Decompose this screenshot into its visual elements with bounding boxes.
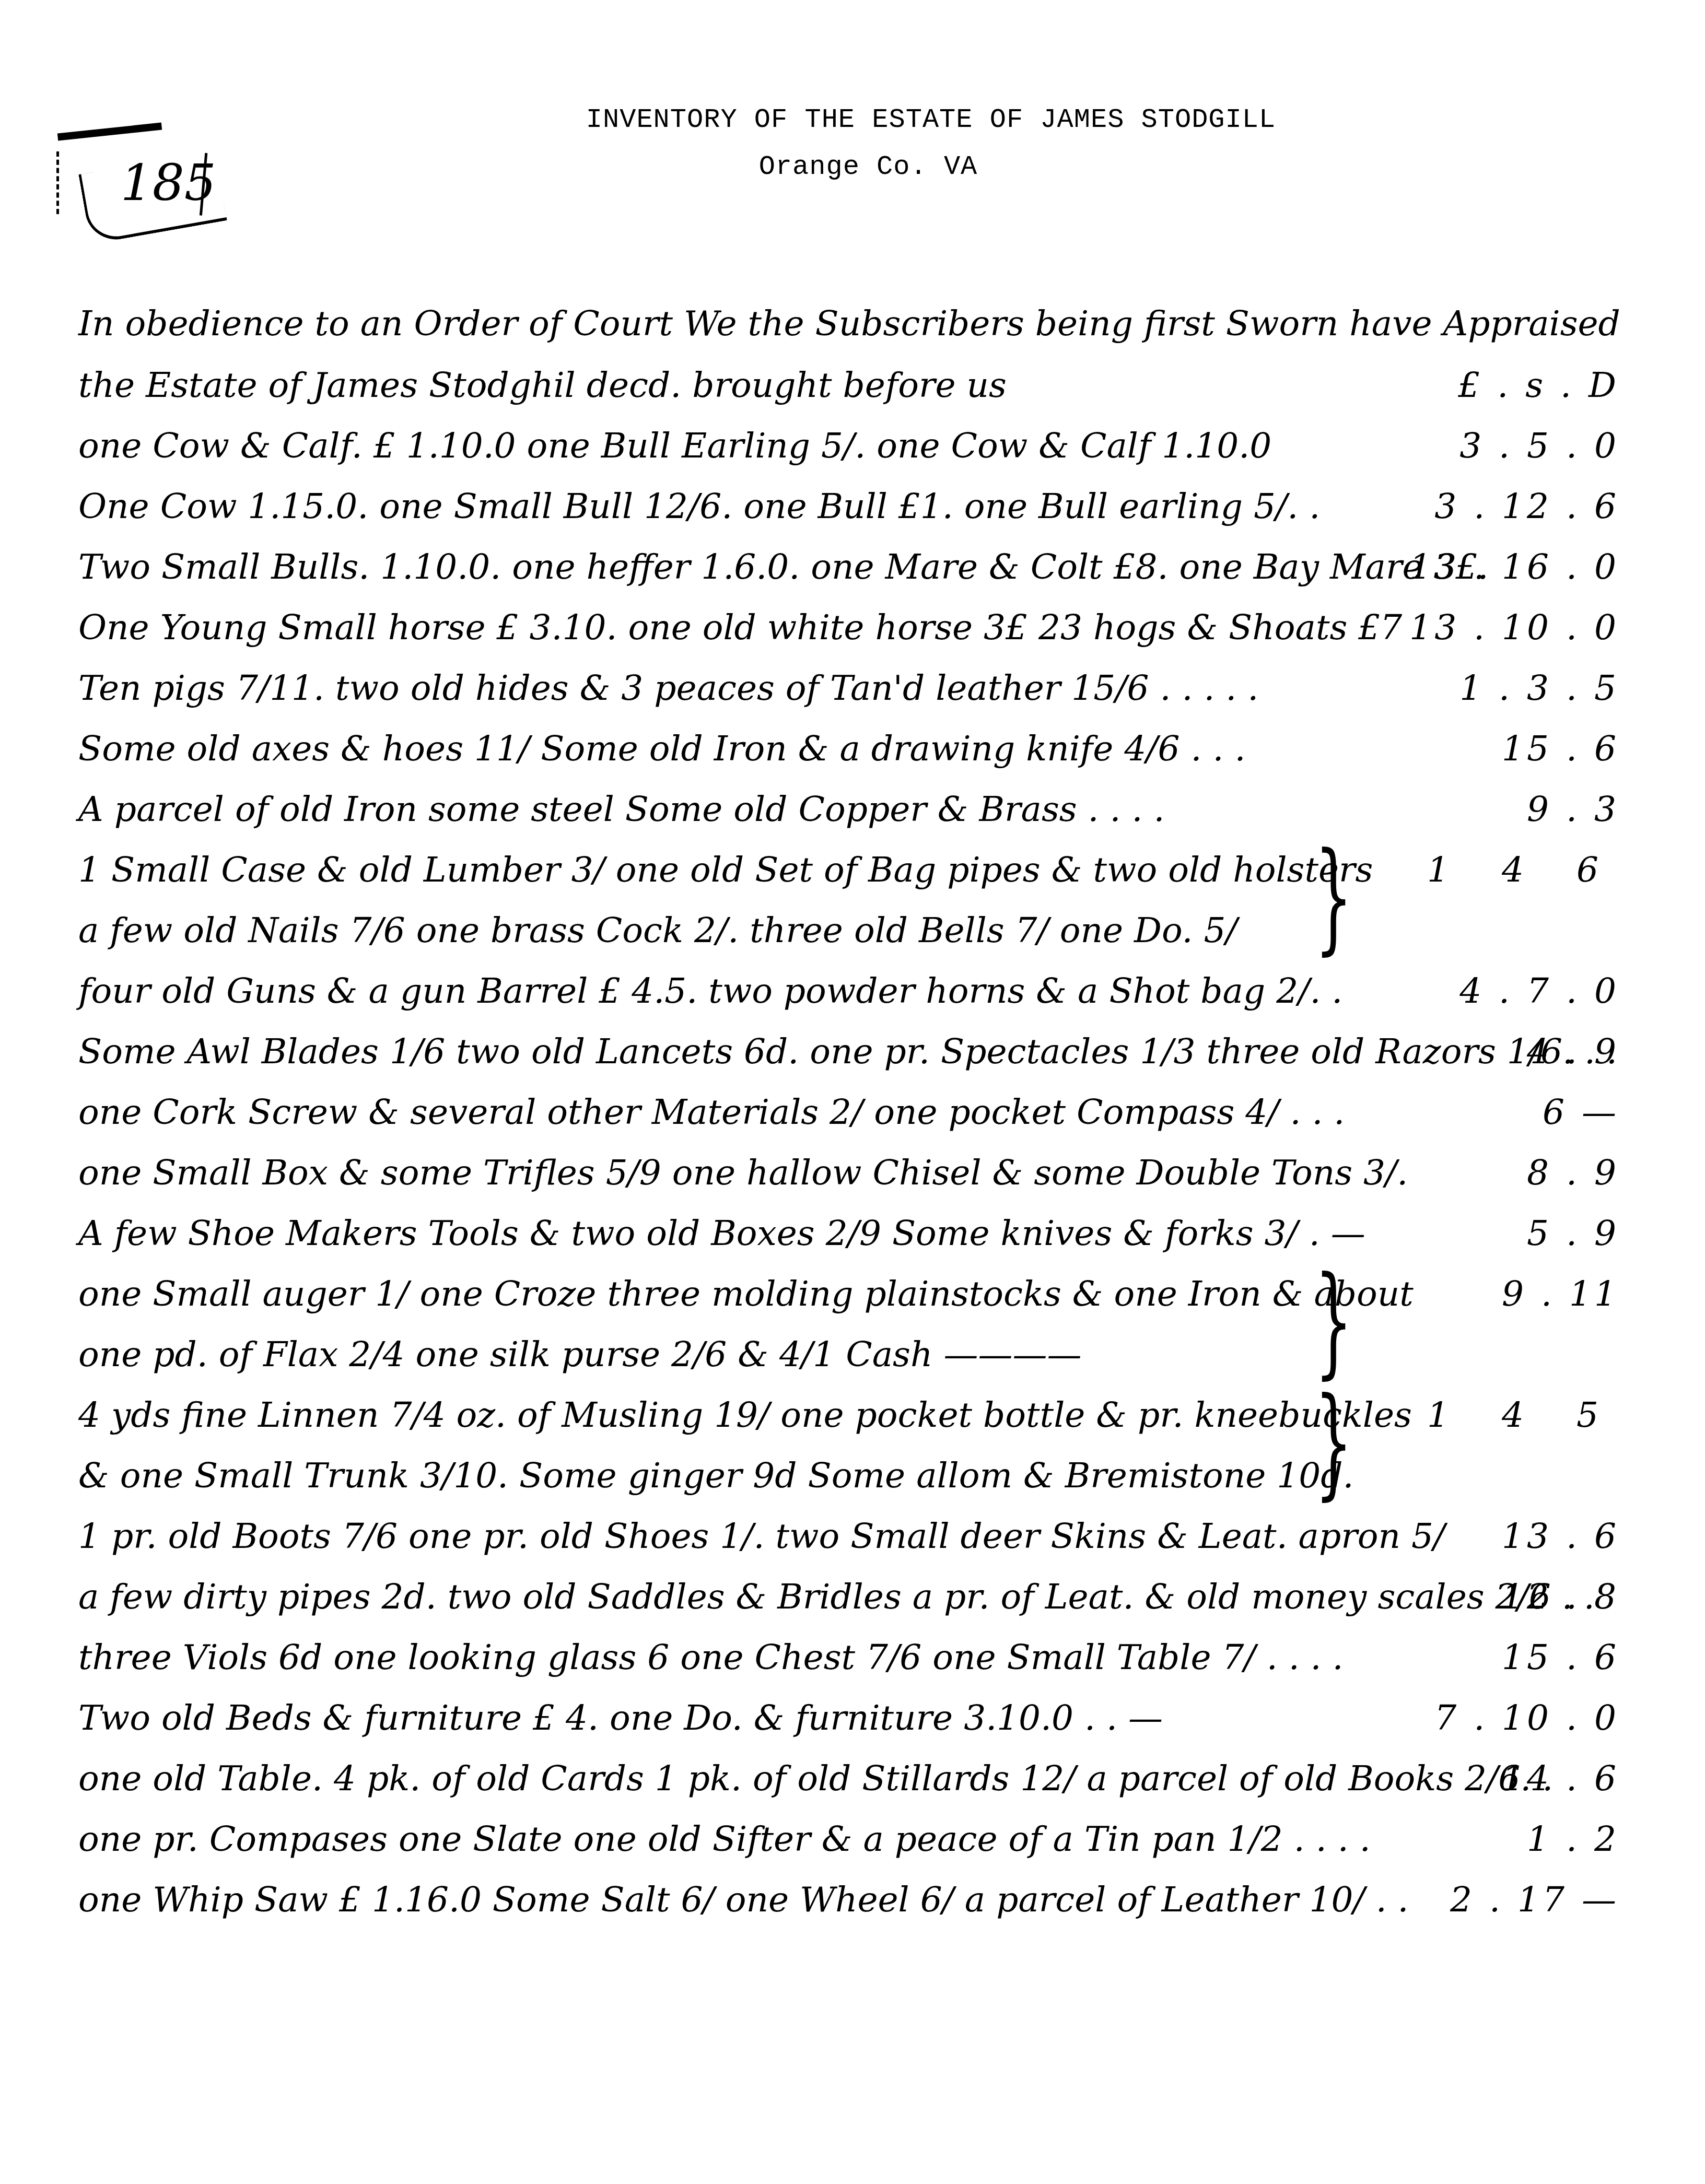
- entry-amount: 1 . 2: [1358, 1809, 1619, 1870]
- entry-desc: one Small auger 1/ one Croze three moldi…: [78, 1264, 1414, 1324]
- entry-row: Some old axes & hoes 11/ Some old Iron &…: [78, 719, 1635, 779]
- brace-icon: }: [1315, 1264, 1353, 1379]
- entry-row: & one Small Trunk 3/10. Some ginger 9d S…: [78, 1446, 1635, 1506]
- entry-desc: four old Guns & a gun Barrel £ 4.5. two …: [78, 961, 1342, 1021]
- entry-row: Two old Beds & furniture £ 4. one Do. & …: [78, 1688, 1635, 1748]
- grouped-entry-1: 1 Small Case & old Lumber 3/ one old Set…: [78, 840, 1635, 961]
- grouped-entry-2: one Small auger 1/ one Croze three moldi…: [78, 1264, 1635, 1385]
- preamble-line-1: In obedience to an Order of Court We the…: [78, 292, 1635, 355]
- currency-columns-header: £ . s . D: [1358, 355, 1619, 416]
- entry-desc: One Young Small horse £ 3.10. one old wh…: [78, 597, 1402, 658]
- entry-amount: 12 . 8: [1358, 1567, 1619, 1627]
- group-amount: 9 . 11: [1358, 1264, 1619, 1324]
- entry-desc: one old Table. 4 pk. of old Cards 1 pk. …: [78, 1748, 1553, 1809]
- entry-desc: & one Small Trunk 3/10. Some ginger 9d S…: [78, 1446, 1353, 1506]
- entry-desc: one Cow & Calf. £ 1.10.0 one Bull Earlin…: [78, 416, 1271, 476]
- brace-icon: }: [1315, 840, 1353, 955]
- entry-amount: 3 . 5 . 0: [1358, 416, 1619, 476]
- entry-row: One Young Small horse £ 3.10. one old wh…: [78, 597, 1635, 658]
- entry-amount: 14 . 6: [1358, 1748, 1619, 1809]
- entry-amount: 6 —: [1358, 1082, 1619, 1143]
- entry-amount: 7 . 10 . 0: [1358, 1688, 1619, 1748]
- entry-row: 1 pr. old Boots 7/6 one pr. old Shoes 1/…: [78, 1506, 1635, 1567]
- entry-row: one Whip Saw £ 1.16.0 Some Salt 6/ one W…: [78, 1870, 1635, 1930]
- preamble-text: the Estate of James Stodghil decd. broug…: [78, 355, 1007, 416]
- entry-desc: one Small Box & some Trifles 5/9 one hal…: [78, 1143, 1408, 1203]
- entry-row: one pr. Compases one Slate one old Sifte…: [78, 1809, 1635, 1870]
- entry-amount: 8 . 9: [1358, 1143, 1619, 1203]
- entry-desc: One Cow 1.15.0. one Small Bull 12/6. one…: [78, 476, 1320, 537]
- entry-desc: 4 yds fine Linnen 7/4 oz. of Musling 19/…: [78, 1385, 1412, 1446]
- entry-amount: 15 . 6: [1358, 719, 1619, 779]
- entry-amount: 13 . 16 . 0: [1358, 537, 1619, 597]
- entry-row: One Cow 1.15.0. one Small Bull 12/6. one…: [78, 476, 1635, 537]
- entry-row: Ten pigs 7/11. two old hides & 3 peaces …: [78, 658, 1635, 719]
- inventory-body: In obedience to an Order of Court We the…: [78, 292, 1635, 1930]
- entry-desc: one Whip Saw £ 1.16.0 Some Salt 6/ one W…: [78, 1870, 1409, 1930]
- entry-row: a few dirty pipes 2d. two old Saddles & …: [78, 1567, 1635, 1627]
- preamble-line-2: the Estate of James Stodghil decd. broug…: [78, 355, 1635, 416]
- group-amount: 1 4 5: [1358, 1385, 1619, 1446]
- entry-desc: a few old Nails 7/6 one brass Cock 2/. t…: [78, 900, 1237, 961]
- document-subtitle: Orange Co. VA: [0, 151, 1705, 182]
- entry-amount: 15 . 6: [1358, 1627, 1619, 1688]
- entry-amount: 1 . 3 . 5: [1358, 658, 1619, 719]
- entry-row: three Viols 6d one looking glass 6 one C…: [78, 1627, 1635, 1688]
- entry-row: a few old Nails 7/6 one brass Cock 2/. t…: [78, 900, 1635, 961]
- document-title: INVENTORY OF THE ESTATE OF JAMES STODGIL…: [0, 104, 1705, 135]
- entry-amount: 5 . 9: [1358, 1203, 1619, 1264]
- entry-desc: one Cork Screw & several other Materials…: [78, 1082, 1345, 1143]
- entry-amount: 3 . 12 . 6: [1358, 476, 1619, 537]
- entry-desc: Some old axes & hoes 11/ Some old Iron &…: [78, 719, 1245, 779]
- group-amount: 1 4 6: [1358, 840, 1619, 900]
- entry-desc: Ten pigs 7/11. two old hides & 3 peaces …: [78, 658, 1258, 719]
- entry-desc: A parcel of old Iron some steel Some old…: [78, 779, 1164, 840]
- entry-row: one Cow & Calf. £ 1.10.0 one Bull Earlin…: [78, 416, 1635, 476]
- entry-row: A parcel of old Iron some steel Some old…: [78, 779, 1635, 840]
- entry-desc: 1 pr. old Boots 7/6 one pr. old Shoes 1/…: [78, 1506, 1445, 1567]
- grouped-entry-3: 4 yds fine Linnen 7/4 oz. of Musling 19/…: [78, 1385, 1635, 1506]
- entry-row: Some Awl Blades 1/6 two old Lancets 6d. …: [78, 1021, 1635, 1082]
- entry-row: one pd. of Flax 2/4 one silk purse 2/6 &…: [78, 1324, 1635, 1385]
- entry-desc: 1 Small Case & old Lumber 3/ one old Set…: [78, 840, 1373, 900]
- brace-icon: }: [1315, 1385, 1353, 1500]
- entry-row: one old Table. 4 pk. of old Cards 1 pk. …: [78, 1748, 1635, 1809]
- entry-desc: Two old Beds & furniture £ 4. one Do. & …: [78, 1688, 1163, 1748]
- entry-row: one Small Box & some Trifles 5/9 one hal…: [78, 1143, 1635, 1203]
- entry-desc: one pd. of Flax 2/4 one silk purse 2/6 &…: [78, 1324, 1081, 1385]
- entry-amount: 13 . 6: [1358, 1506, 1619, 1567]
- entry-amount: 9 . 3: [1358, 779, 1619, 840]
- entry-amount: 2 . 17 —: [1358, 1870, 1619, 1930]
- entry-amount: 13 . 10 . 0: [1358, 597, 1619, 658]
- entry-desc: Two Small Bulls. 1.10.0. one heffer 1.6.…: [78, 537, 1488, 597]
- entry-row: Two Small Bulls. 1.10.0. one heffer 1.6.…: [78, 537, 1635, 597]
- entry-desc: A few Shoe Makers Tools & two old Boxes …: [78, 1203, 1365, 1264]
- entry-amount: 4 . 7 . 0: [1358, 961, 1619, 1021]
- entry-desc: one pr. Compases one Slate one old Sifte…: [78, 1809, 1371, 1870]
- entry-desc: three Viols 6d one looking glass 6 one C…: [78, 1627, 1344, 1688]
- entry-amount: 4 . 9: [1358, 1021, 1619, 1082]
- document-page: 185 INVENTORY OF THE ESTATE OF JAMES STO…: [0, 0, 1705, 2184]
- entry-row: four old Guns & a gun Barrel £ 4.5. two …: [78, 961, 1635, 1021]
- entry-row: one Cork Screw & several other Materials…: [78, 1082, 1635, 1143]
- entry-row: A few Shoe Makers Tools & two old Boxes …: [78, 1203, 1635, 1264]
